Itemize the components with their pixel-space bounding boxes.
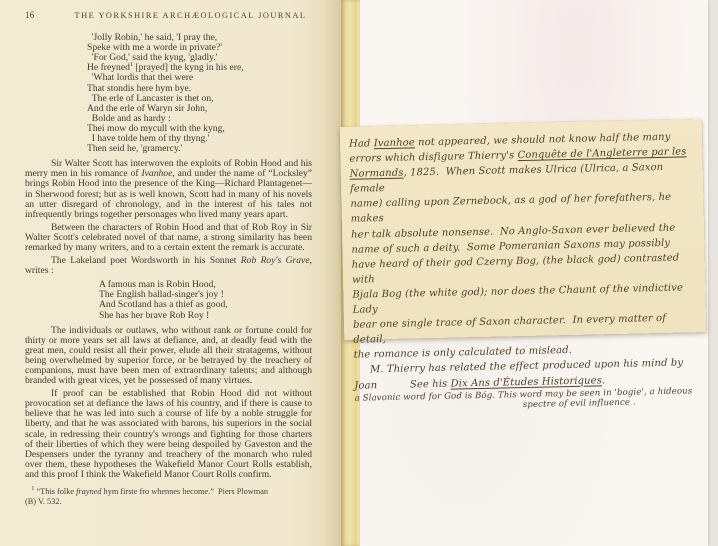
- paragraph-wakefield-proof: If proof can be established that Robin H…: [25, 389, 312, 480]
- text-line: (B) V. 532.: [25, 497, 312, 507]
- text-segment: If proof can be established that Robin H…: [25, 388, 312, 480]
- text-segment: .: [602, 375, 606, 386]
- text-segment: Ivanhoe: [374, 137, 415, 149]
- footnote-piers-plowman: 1 “This folke frayned hym firste fro whe…: [25, 487, 312, 507]
- scanned-book-spread: 16 THE YORKSHIRE ARCHÆOLOGICAL JOURNAL '…: [0, 0, 718, 546]
- page-text-column: 16 THE YORKSHIRE ARCHÆOLOGICAL JOURNAL '…: [25, 10, 312, 507]
- handwritten-note-slip: Had Ivanhoe not appeared, we should not …: [340, 119, 707, 340]
- text-segment: name) calling upon Zernebock, as a god o…: [350, 192, 674, 225]
- text-segment: frayned: [76, 487, 101, 496]
- text-line: 1 “This folke frayned hym firste fro whe…: [25, 487, 312, 497]
- text-segment: Joan: [354, 379, 410, 391]
- text-line: She has her brave Rob Roy !: [99, 311, 312, 321]
- text-segment: The individuals or outlaws, who without …: [25, 325, 312, 386]
- verse-quote-famous-man: A famous man is Robin Hood,The English b…: [99, 280, 312, 320]
- journal-title: THE YORKSHIRE ARCHÆOLOGICAL JOURNAL: [69, 11, 312, 21]
- text-segment: Normands: [350, 168, 404, 180]
- paragraph-rob-roy-similarity: Between the characters of Robin Hood and…: [25, 223, 312, 253]
- text-segment: hym firste fro whennes become.” Piers Pl…: [101, 487, 268, 496]
- printed-book-page: 16 THE YORKSHIRE ARCHÆOLOGICAL JOURNAL '…: [0, 0, 341, 546]
- text-segment: Rob Roy's Grave: [241, 255, 310, 266]
- text-segment: Dix Ans d'Études Historiques: [450, 375, 602, 389]
- text-segment: errors which disfigure Thierry's: [349, 150, 517, 165]
- paragraph-scott-ivanhoe: Sir Walter Scott has interwoven the expl…: [25, 159, 312, 220]
- paragraph-outlaws-talents: The individuals or outlaws, who without …: [25, 326, 312, 387]
- text-segment: See his: [410, 378, 451, 390]
- text-segment: bear one single trace of Saxon character…: [353, 313, 670, 346]
- text-segment: spectre of evil influence .: [523, 398, 636, 410]
- text-segment: (B) V. 532.: [25, 497, 62, 506]
- paragraph-wordsworth-sonnet: The Lakeland poet Wordsworth in his Sonn…: [25, 256, 312, 276]
- text-segment: Conquête de l'Angleterre par les: [517, 147, 686, 162]
- running-header: 16 THE YORKSHIRE ARCHÆOLOGICAL JOURNAL: [25, 10, 312, 21]
- page-number: 16: [25, 10, 69, 20]
- text-segment: She has her brave Rob Roy !: [99, 310, 209, 321]
- text-segment: The Lakeland poet Wordsworth in his Sonn…: [51, 255, 241, 266]
- text-segment: “This folke: [34, 487, 76, 496]
- text-segment: Had: [349, 138, 374, 150]
- text-segment: Between the characters of Robin Hood and…: [25, 222, 312, 253]
- text-line: Then seid he, 'gramercy.': [87, 144, 312, 154]
- verse-quote-jolly-robin: 'Jolly Robin,' he said, 'I pray the,Spek…: [87, 33, 312, 154]
- text-segment: Then seid he, 'gramercy.': [87, 143, 182, 154]
